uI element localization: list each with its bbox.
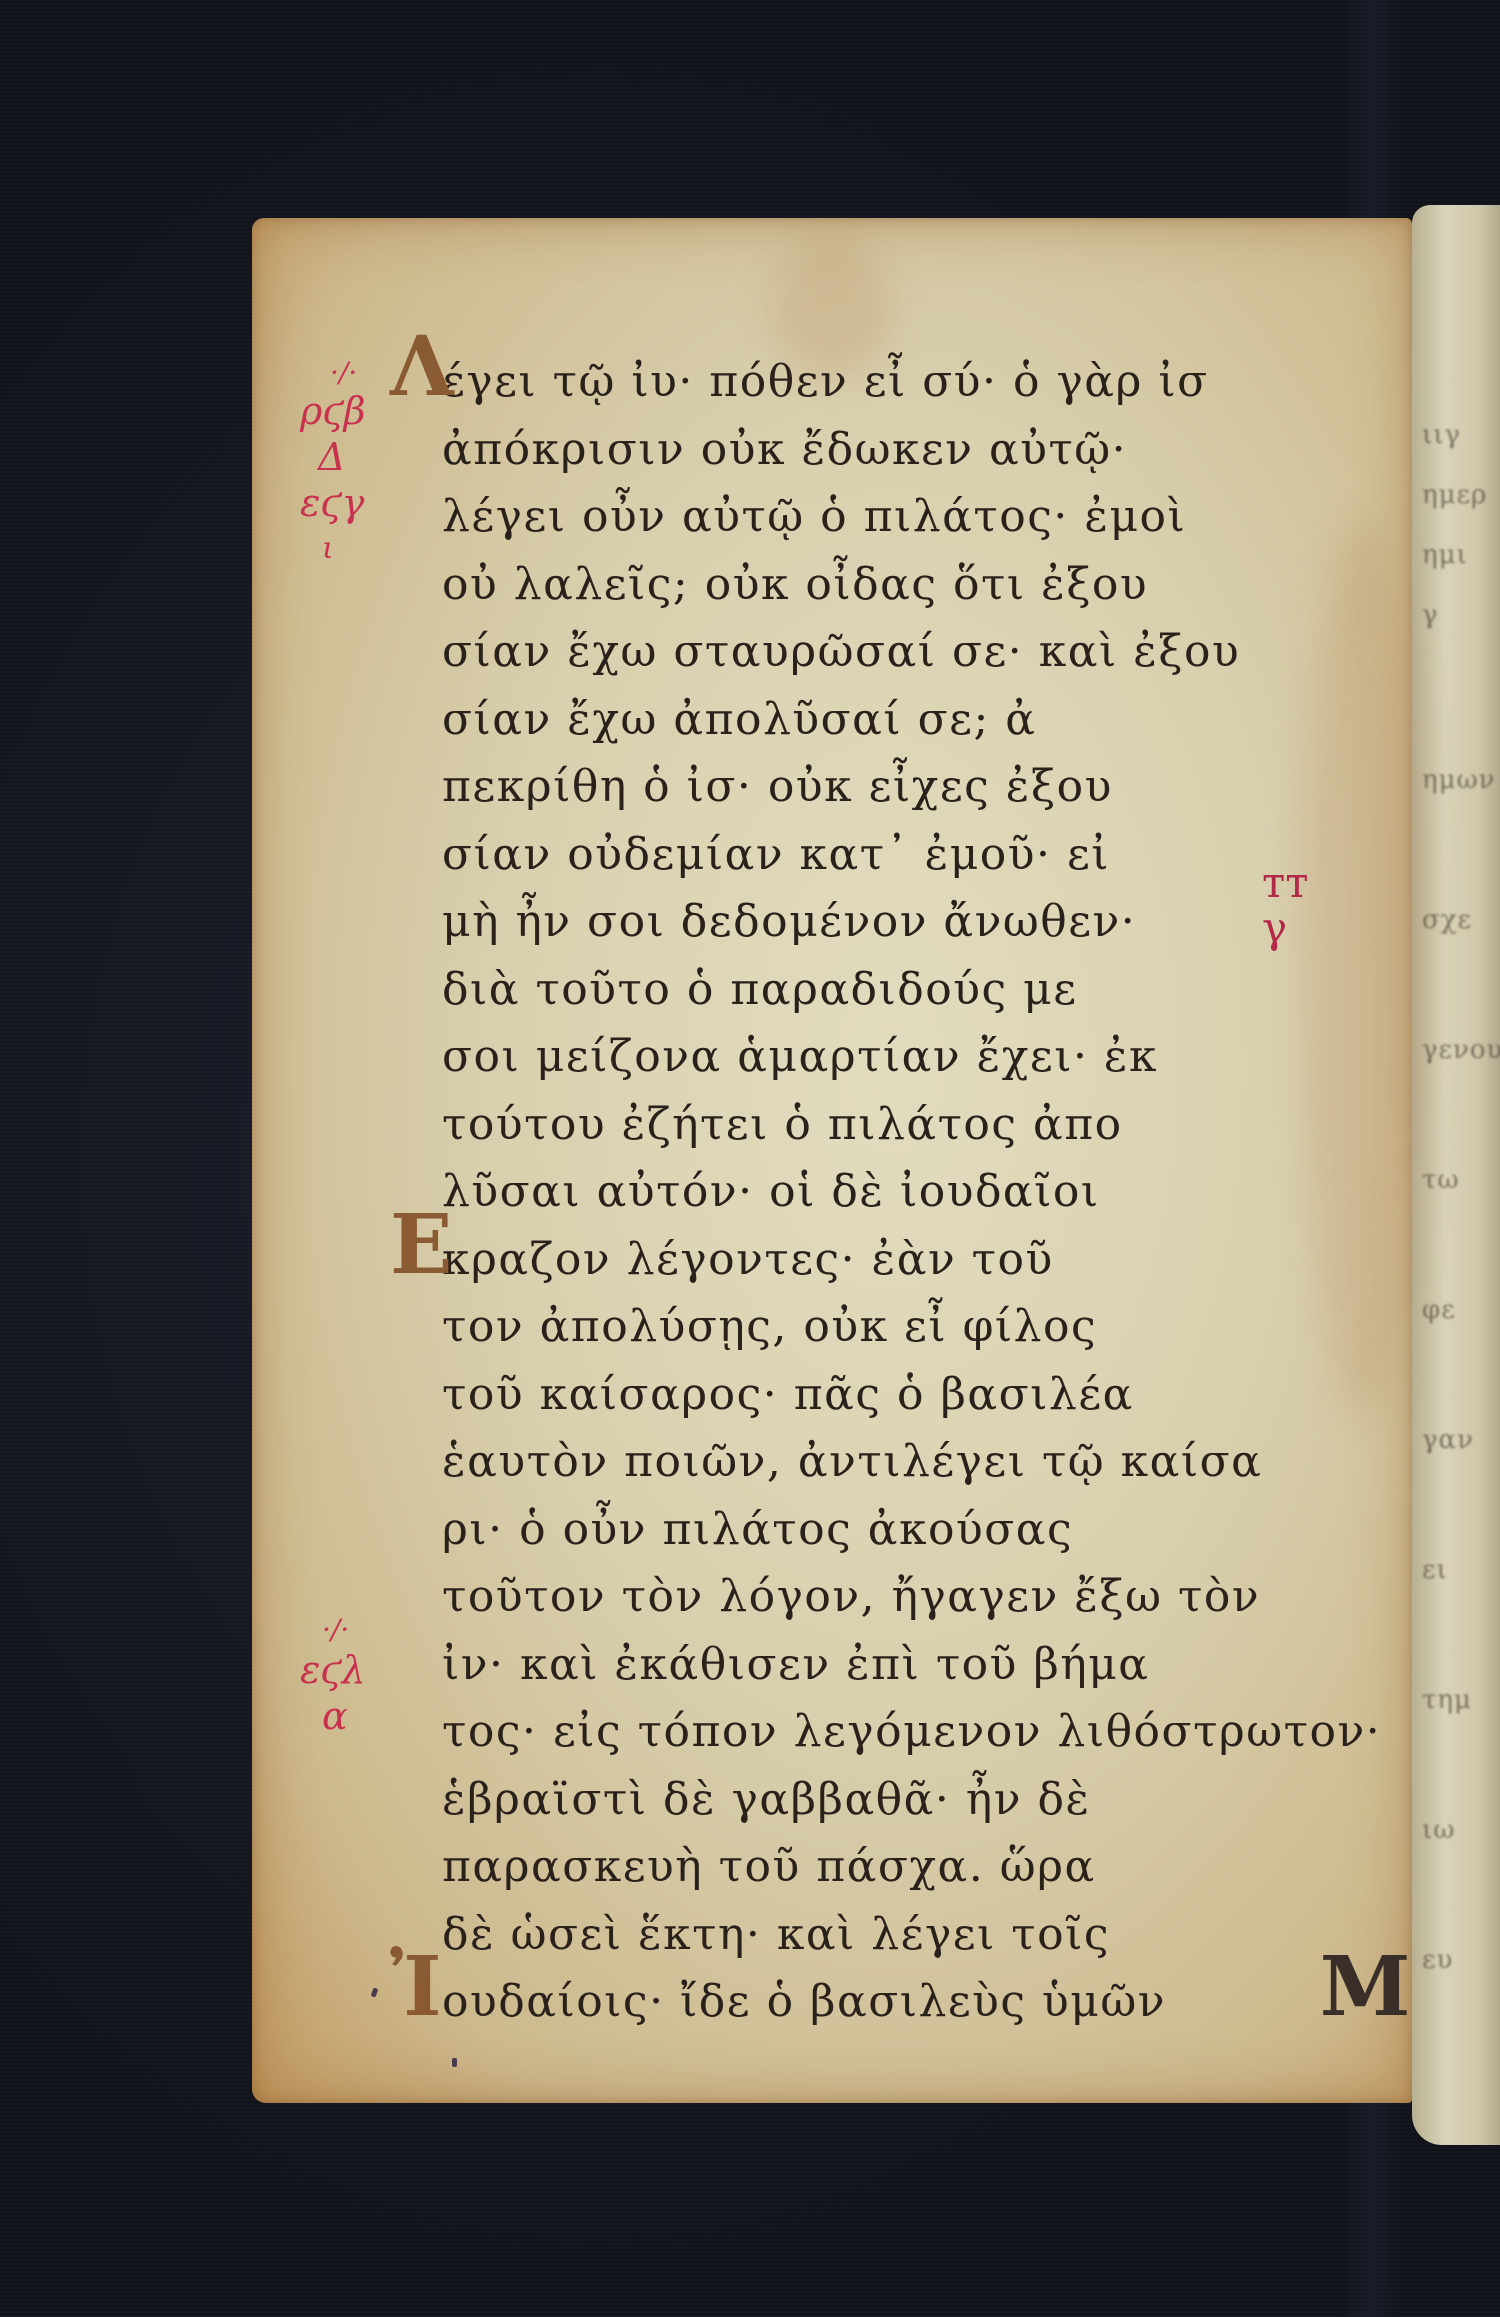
text-line: τον ἀπολύσῃς, οὐκ εἶ φίλος (442, 1293, 1342, 1361)
facing-folio-fragment: τημ (1422, 1685, 1472, 1715)
margin-note: ·/· (322, 1613, 390, 1647)
decorated-initial: Ε (390, 1212, 454, 1280)
margin-note: α (322, 1693, 390, 1739)
facing-folio-fragment: γαν (1422, 1425, 1474, 1455)
facing-folio-fragment: ημων (1422, 765, 1495, 795)
text-line: σίαν ἔχω ἀπολῦσαί σε; ἀ (442, 686, 1342, 754)
text-line: ἀπόκρισιν οὐκ ἔδωκεν αὐτῷ· (442, 416, 1342, 484)
line-text: κραζον λέγοντες· ἐὰν τοῦ (442, 1234, 1054, 1285)
text-line: ἰν· καὶ ἐκάθισεν ἐπὶ τοῦ βήμα (442, 1631, 1342, 1699)
margin-note: ρϛβ (300, 388, 390, 434)
text-line: σοι μείζονα ἁμαρτίαν ἔχει· ἐκ (442, 1023, 1342, 1091)
manuscript-page: ·/· ρϛβ Δ εϛγ ι ·/· εϛλ α ᴛᴛ γ Λέγει τῷ … (252, 218, 1412, 2103)
line-text: ρι· ὁ οὖν πιλάτος ἀκούσας (442, 1504, 1073, 1555)
text-line: σίαν οὐδεμίαν κατ᾽ ἐμοῦ· εἰ (442, 821, 1342, 889)
margin-note: Δ (318, 434, 390, 480)
margin-note: ·/· (330, 358, 390, 388)
ink-speck (371, 1987, 379, 1997)
facing-folio-edge: ιιγ ημερ ημι γ ημων σχε γενου τω φε γαν … (1412, 205, 1500, 2145)
end-initial: Μ (1320, 1954, 1412, 2022)
left-margin-notes-bottom: ·/· εϛλ α (300, 1613, 390, 1739)
facing-folio-fragment: ημι (1422, 540, 1468, 570)
text-line: Εκραζον λέγοντες· ἐὰν τοῦ (442, 1226, 1342, 1294)
text-line: παρασκευὴ τοῦ πάσχα. ὥρα (442, 1833, 1342, 1901)
text-line: ρι· ὁ οὖν πιλάτος ἀκούσας (442, 1496, 1342, 1564)
ink-speck (452, 2058, 457, 2067)
facing-folio-fragment: ιιγ (1422, 420, 1461, 450)
margin-note: ι (322, 526, 390, 572)
margin-note: εϛλ (300, 1647, 390, 1693)
text-line: Λέγει τῷ ἰυ· πόθεν εἶ σύ· ὁ γὰρ ἰσ (442, 348, 1342, 416)
text-line: ἑαυτὸν ποιῶν, ἀντιλέγει τῷ καίσα (442, 1428, 1342, 1496)
facing-folio-fragment: ημερ (1422, 480, 1487, 510)
decorated-initial: Ἰ (390, 1954, 443, 2022)
decorated-initial: Λ (390, 334, 455, 402)
text-line: ἑβραϊστὶ δὲ γαββαθᾶ· ἦν δὲ (442, 1766, 1342, 1834)
text-line: τοῦτον τὸν λόγον, ἤγαγεν ἔξω τὸν (442, 1563, 1342, 1631)
text-line: οὐ λαλεῖς; οὐκ οἶδας ὅτι ἐξου (442, 551, 1342, 619)
left-margin-notes: ·/· ρϛβ Δ εϛγ ι (300, 358, 390, 572)
facing-folio-fragment: ει (1422, 1555, 1448, 1585)
facing-folio-fragment: φε (1422, 1295, 1456, 1325)
facing-folio-fragment: γ (1422, 600, 1439, 630)
text-line: λῦσαι αὐτόν· οἱ δὲ ἰουδαῖοι (442, 1158, 1342, 1226)
text-line: τοῦ καίσαρος· πᾶς ὁ βασιλέα (442, 1361, 1342, 1429)
text-line: τούτου ἐζήτει ὁ πιλάτος ἀπο (442, 1091, 1342, 1159)
manuscript-text: Λέγει τῷ ἰυ· πόθεν εἶ σύ· ὁ γὰρ ἰσ ἀπόκρ… (442, 348, 1342, 2036)
text-line: μὴ ἦν σοι δεδομένον ἄνωθεν· (442, 888, 1342, 956)
text-line: σίαν ἔχω σταυρῶσαί σε· καὶ ἐξου (442, 618, 1342, 686)
text-line: Ἰουδαίοις· ἴδε ὁ βασιλεὺς ὑμῶνΜ (442, 1968, 1342, 2036)
text-line: διὰ τοῦτο ὁ παραδιδούς με (442, 956, 1342, 1024)
facing-folio-fragment: ιω (1422, 1815, 1455, 1845)
margin-note: εϛγ (300, 480, 390, 526)
facing-folio-fragment: τω (1422, 1165, 1460, 1195)
text-line: λέγει οὖν αὐτῷ ὁ πιλάτος· ἐμοὶ (442, 483, 1342, 551)
text-line: τος· εἰς τόπον λεγόμενον λιθόστρωτον· (442, 1698, 1342, 1766)
line-text: έγει τῷ ἰυ· πόθεν εἶ σύ· ὁ γὰρ ἰσ (442, 356, 1209, 407)
text-line: δὲ ὡσεὶ ἕκτη· καὶ λέγει τοῖς (442, 1901, 1342, 1969)
facing-folio-fragment: ευ (1422, 1945, 1453, 1975)
text-line: πεκρίθη ὁ ἰσ· οὐκ εἶχες ἐξου (442, 753, 1342, 821)
line-text: ουδαίοις· ἴδε ὁ βασιλεὺς ὑμῶν (442, 1976, 1166, 2027)
facing-folio-fragment: σχε (1422, 905, 1472, 935)
facing-folio-fragment: γενου (1422, 1035, 1500, 1065)
